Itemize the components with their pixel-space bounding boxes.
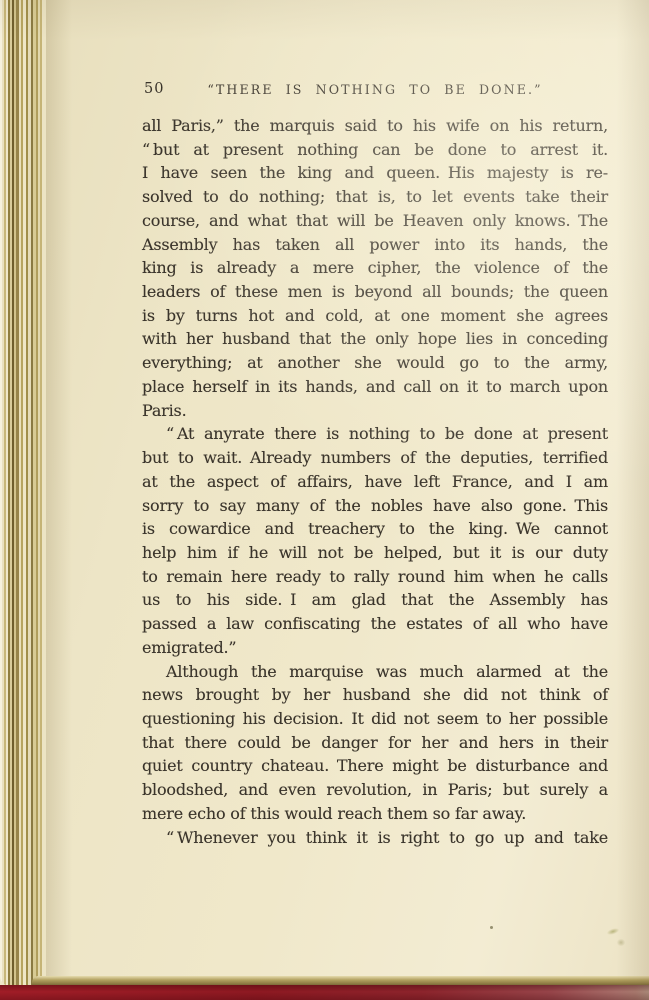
text-line: leaders of these men is beyond all bound…: [142, 280, 608, 304]
text-line: place herself in its hands, and call on …: [142, 375, 608, 399]
running-header-title: “THERE IS NOTHING TO BE DONE.”: [142, 82, 608, 97]
scan-smudge: [616, 938, 626, 947]
text-line: help him if he will not be helped, but i…: [142, 541, 608, 565]
text-line: to remain here ready to rally round him …: [142, 565, 608, 589]
text-line: questioning his decision. It did not see…: [142, 707, 608, 731]
text-line: at the aspect of affairs, have left Fran…: [142, 470, 608, 494]
text-line: Paris.: [142, 399, 608, 423]
text-line: Although the marquise was much alarmed a…: [142, 660, 608, 684]
text-line: “ but at present nothing can be done to …: [142, 138, 608, 162]
text-line: passed a law confiscating the estates of…: [142, 612, 608, 636]
text-line: all Paris,” the marquis said to his wife…: [142, 114, 608, 138]
running-header: 50 “THERE IS NOTHING TO BE DONE.”: [142, 80, 608, 100]
text-line: news brought by her husband she did not …: [142, 683, 608, 707]
text-block: all Paris,” the marquis said to his wife…: [142, 114, 608, 849]
text-line: quiet country chateau. There might be di…: [142, 754, 608, 778]
book-scan: 50 “THERE IS NOTHING TO BE DONE.” all Pa…: [0, 0, 649, 1000]
text-line: that there could be danger for her and h…: [142, 731, 608, 755]
text-line: is by turns hot and cold, at one moment …: [142, 304, 608, 328]
text-line: course, and what that will be Heaven onl…: [142, 209, 608, 233]
text-line: but to wait. Already numbers of the depu…: [142, 446, 608, 470]
text-line: “ At anyrate there is nothing to be done…: [142, 422, 608, 446]
scan-smudge: [604, 926, 621, 938]
spine-shadow: [46, 0, 72, 986]
text-line: everything; at another she would go to t…: [142, 351, 608, 375]
text-line: with her husband that the only hope lies…: [142, 327, 608, 351]
text-line: bloodshed, and even revolution, in Paris…: [142, 778, 608, 802]
text-line: I have seen the king and queen. His maje…: [142, 161, 608, 185]
text-line: solved to do nothing; that is, to let ev…: [142, 185, 608, 209]
text-line: sorry to say many of the nobles have als…: [142, 494, 608, 518]
text-line: us to his side. I am glad that the Assem…: [142, 588, 608, 612]
book-spine-pages: [0, 0, 46, 986]
text-line: king is already a mere cipher, the viole…: [142, 256, 608, 280]
book-cover-red: [0, 985, 649, 1000]
text-line: is cowardice and treachery to the king. …: [142, 517, 608, 541]
text-line: Assembly has taken all power into its ha…: [142, 233, 608, 257]
text-line: mere echo of this would reach them so fa…: [142, 802, 608, 826]
text-line: emigrated.”: [142, 636, 608, 660]
text-line: “ Whenever you think it is right to go u…: [142, 826, 608, 850]
scan-speck: [490, 926, 493, 929]
